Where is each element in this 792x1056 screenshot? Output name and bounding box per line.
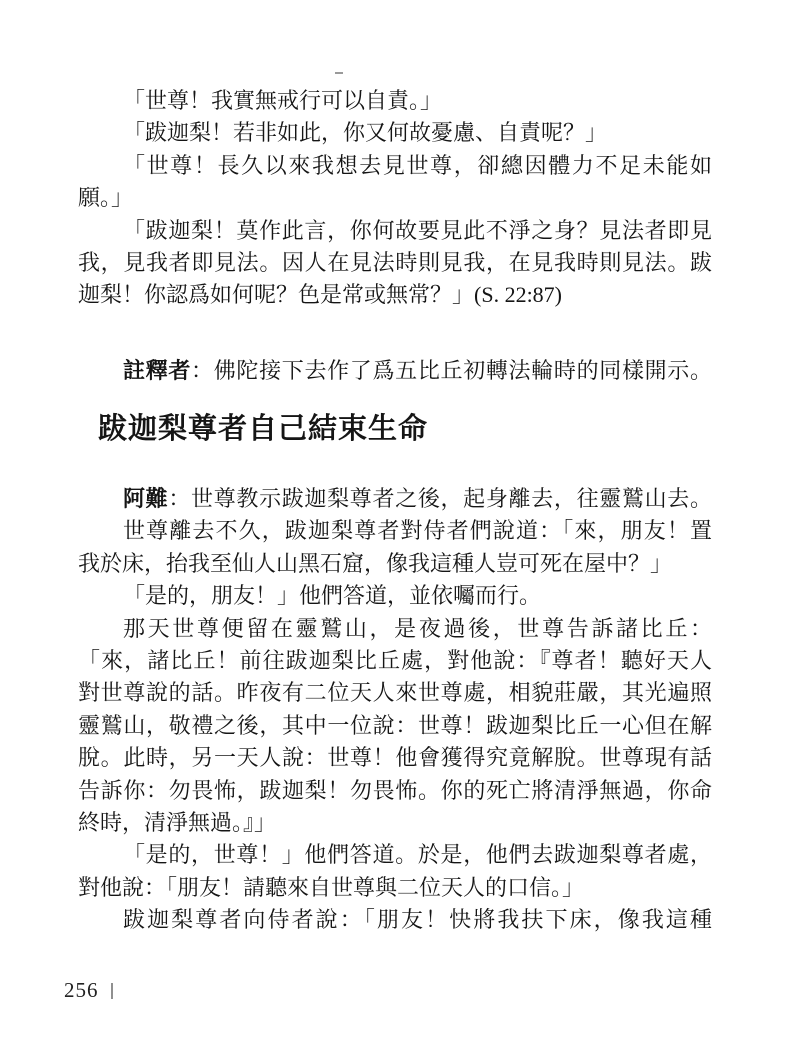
text-line: 「跋迦梨！莫作此言，你何故要見此不淨之身？見法者即見	[78, 217, 712, 244]
text-line: 迦梨！你認爲如何呢？色是常或無常？」(S. 22:87)	[78, 281, 712, 308]
text-line: 對他說：「朋友！請聽來自世尊與二位天人的口信。」	[78, 874, 712, 901]
text-line: 「世尊！長久以來我想去見世尊，卻總因體力不足未能如	[78, 152, 712, 179]
commentator-note-line: 註釋者：佛陀接下去作了爲五比丘初轉法輪時的同樣開示。	[78, 357, 712, 384]
text-line: 「世尊！我實無戒行可以自責。」	[78, 87, 712, 114]
text-line: 跋迦梨尊者向侍者說：「朋友！快將我扶下床，像我這種	[78, 906, 712, 933]
text-line: 終時，清淨無過。』」	[78, 809, 712, 836]
page-number-value: 256	[64, 978, 99, 1002]
text-line: 「來，諸比丘！前往跋迦梨比丘處，對他說：『尊者！聽好天人	[78, 647, 712, 674]
text-line: 脫。此時，另一天人說：世尊！他會獲得究竟解脫。世尊現有話	[78, 744, 712, 771]
document-page: 「世尊！我實無戒行可以自責。」「跋迦梨！若非如此，你又何故憂慮、自責呢？」「世尊…	[0, 0, 792, 1056]
section-heading: 跋迦梨尊者自己結束生命	[78, 409, 712, 449]
text-line: 願。」	[78, 184, 712, 211]
text-line: 靈鷲山，敬禮之後，其中一位說：世尊！跋迦梨比丘一心但在解	[78, 712, 712, 739]
text-line: 世尊離去不久，跋迦梨尊者對侍者們說道：「來，朋友！置	[78, 517, 712, 544]
text-line: 「是的，朋友！」他們答道，並依囑而行。	[78, 582, 712, 609]
page-number: 256	[64, 978, 113, 1002]
page-number-divider	[111, 983, 113, 999]
text-line: 阿難：世尊教示跋迦梨尊者之後，起身離去，往靈鷲山去。	[78, 485, 712, 512]
text-line: 我於床，抬我至仙人山黑石窟，像我這種人豈可死在屋中？」	[78, 550, 712, 577]
text-line: 「是的，世尊！」他們答道。於是，他們去跋迦梨尊者處，	[78, 841, 712, 868]
text-line: 「跋迦梨！若非如此，你又何故憂慮、自責呢？」	[78, 119, 712, 146]
text-line: 我，見我者即見法。因人在見法時則見我，在見我時則見法。跋	[78, 249, 712, 276]
text-line: 告訴你：勿畏怖，跋迦梨！勿畏怖。你的死亡將清淨無過，你命	[78, 777, 712, 804]
text-line: 對世尊說的話。昨夜有二位天人來世尊處，相貌莊嚴，其光遍照	[78, 679, 712, 706]
speaker-label: 阿難	[123, 486, 168, 511]
speaker-label: 註釋者	[123, 358, 191, 383]
scan-artifact-dash	[335, 72, 343, 74]
text-line: 那天世尊便留在靈鷲山，是夜過後，世尊告訴諸比丘：	[78, 615, 712, 642]
